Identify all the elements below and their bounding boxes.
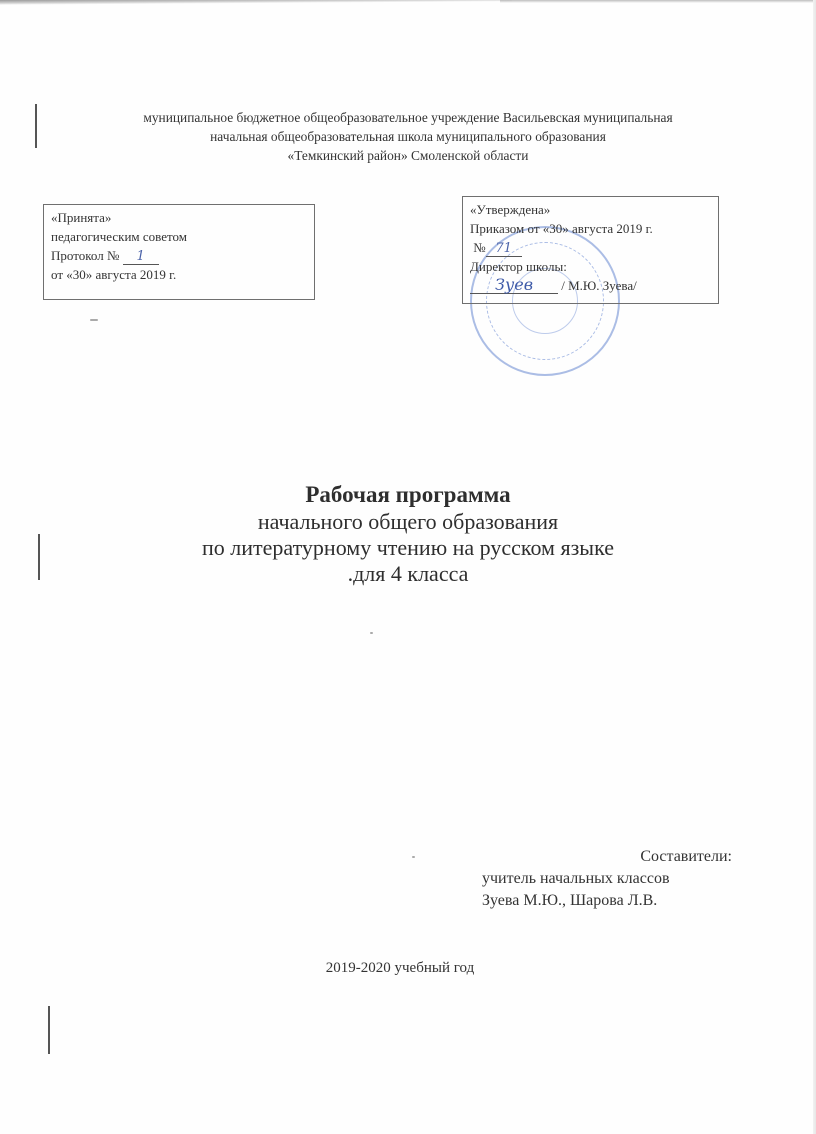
binder-mark	[35, 104, 37, 148]
order-number-label: №	[473, 240, 485, 255]
director-signature: Зуев	[470, 277, 558, 294]
scan-edge-top	[0, 0, 512, 5]
title-subtitle-2: по литературному чтению на русском языке	[100, 535, 716, 561]
order-number-value: 71	[486, 242, 522, 257]
authors-block: Составители: учитель начальных классов З…	[482, 846, 742, 912]
title-subtitle-3: .для 4 класса	[100, 561, 716, 587]
scanned-document-page: муниципальное бюджетное общеобразователь…	[0, 0, 816, 1134]
order-number-line: №71	[470, 238, 718, 257]
authors-role: учитель начальных классов	[482, 868, 742, 890]
director-label: Директор школы:	[470, 257, 718, 276]
scan-speck	[412, 856, 415, 858]
header-line-2: начальная общеобразовательная школа муни…	[40, 127, 776, 146]
scan-speck	[370, 632, 373, 634]
binder-mark	[48, 1006, 50, 1054]
director-name: / М.Ю. Зуева/	[561, 278, 637, 293]
approved-order: Приказом от «30» августа 2019 г.	[470, 219, 718, 238]
title-subtitle-1: начального общего образования	[100, 509, 716, 535]
accepted-date: от «30» августа 2019 г.	[51, 265, 314, 284]
document-title: Рабочая программа	[100, 481, 716, 509]
protocol-label: Протокол №	[51, 248, 119, 263]
scan-speck	[90, 319, 98, 321]
director-signature-line: Зуев / М.Ю. Зуева/	[470, 276, 718, 295]
header-line-3: «Темкинский район» Смоленской области	[40, 146, 776, 165]
accepted-title: «Принята»	[51, 208, 314, 227]
approved-title: «Утверждена»	[470, 200, 718, 219]
protocol-number: 1	[123, 250, 159, 265]
authors-label: Составители:	[482, 846, 742, 868]
binder-mark	[38, 534, 40, 580]
approved-box: «Утверждена» Приказом от «30» августа 20…	[462, 196, 719, 304]
document-title-block: Рабочая программа начального общего обра…	[100, 481, 716, 587]
institution-header: муниципальное бюджетное общеобразователь…	[40, 108, 776, 165]
academic-year: 2019-2020 учебный год	[260, 960, 540, 977]
accepted-body: педагогическим советом	[51, 227, 314, 246]
accepted-box: «Принята» педагогическим советом Протоко…	[43, 204, 315, 300]
authors-names: Зуева М.Ю., Шарова Л.В.	[482, 890, 742, 912]
protocol-line: Протокол № 1	[51, 246, 314, 265]
header-line-1: муниципальное бюджетное общеобразователь…	[40, 108, 776, 127]
scan-edge-top-right	[500, 0, 816, 3]
